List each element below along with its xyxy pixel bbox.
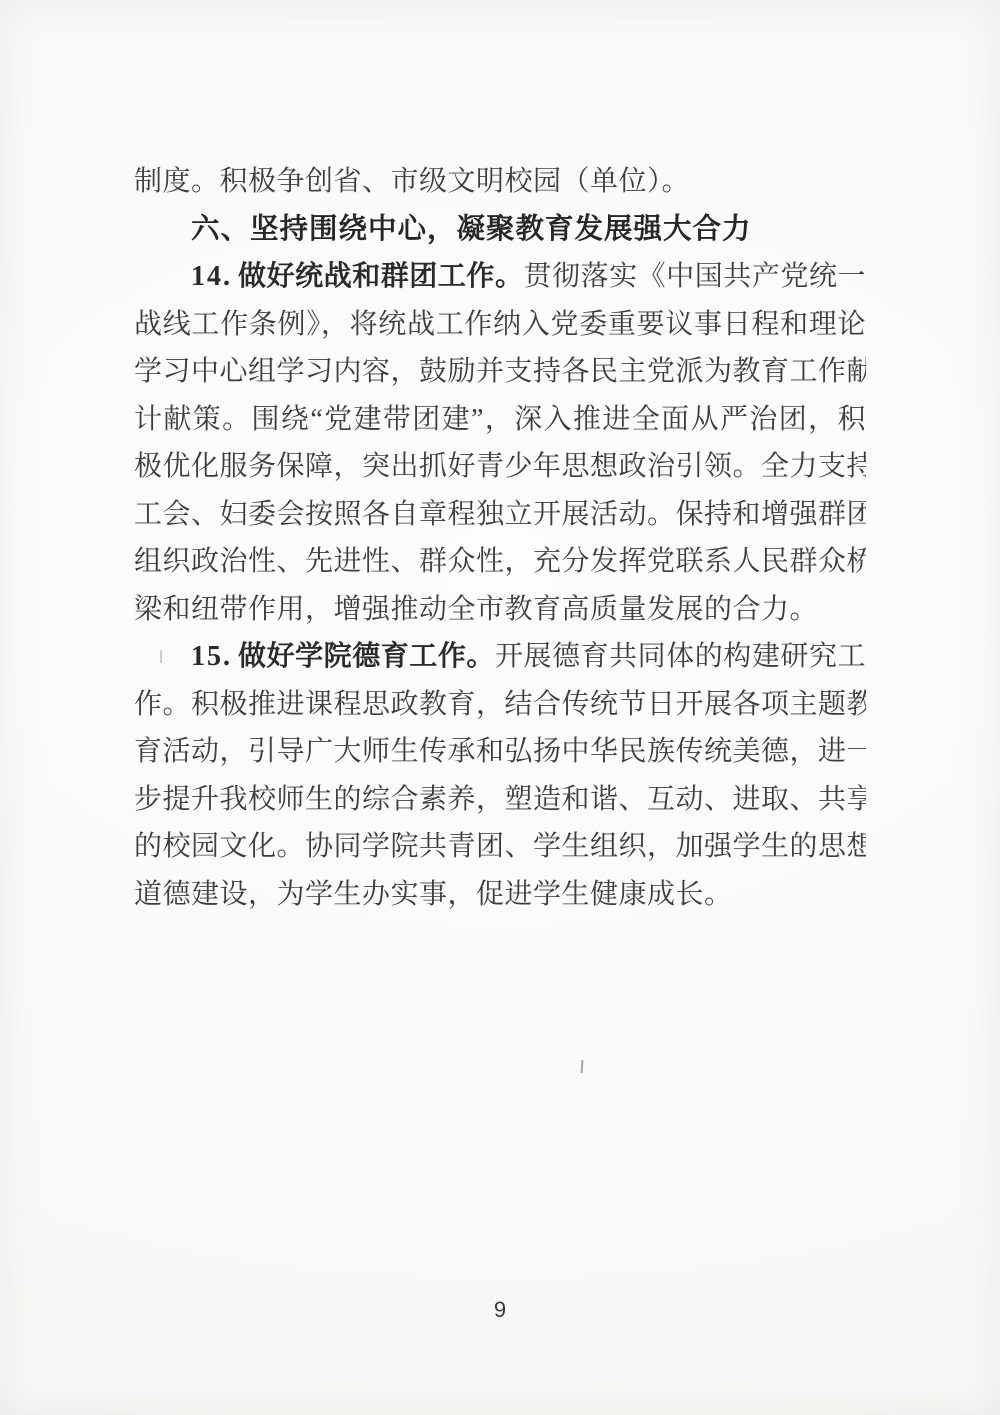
paragraph-15-lead-title: 做好学院德育工作。 [238,641,495,672]
paragraph-15-last-line: 道德建设，为学生办实事，促进学生健康成长。 [134,871,866,919]
paragraph-14-first-line-rest: 贯彻落实《中国共产党统一 [524,261,867,292]
section-heading-6: 六、坚持围绕中心，凝聚教育发展强大合力 [134,206,866,254]
paragraph-14-line: 战线工作条例》，将统战工作纳入党委重要议事日程和理论 [134,301,866,349]
paragraph-15-lead: 15.做好学院德育工作。 [191,641,495,672]
paragraph-15-first-line-rest: 开展德育共同体的构建研究工 [495,641,866,672]
paragraph-14-line: 极优化服务保障，突出抓好青少年思想政治引领。全力支持 [134,443,866,491]
paragraph-15-first-line: 15.做好学院德育工作。开展德育共同体的构建研究工 [134,633,866,681]
paragraph-15-line: 的校园文化。协同学院共青团、学生组织，加强学生的思想 [134,823,866,871]
scan-artifact-speck [160,650,162,663]
paragraph-14-lead: 14.做好统战和群团工作。 [191,261,524,292]
paragraph-14-number: 14. [191,261,238,292]
scanned-page-background: 制度。积极争创省、市级文明校园（单位）。 六、坚持围绕中心，凝聚教育发展强大合力… [0,0,1000,1415]
paragraph-15-line: 育活动，引导广大师生传承和弘扬中华民族传统美德，进一 [134,728,866,776]
paragraph-14-line: 工会、妇委会按照各自章程独立开展活动。保持和增强群团 [134,491,866,539]
paragraph-14-lead-title: 做好统战和群团工作。 [238,261,524,292]
paragraph-15-line: 步提升我校师生的综合素养，塑造和谐、互动、进取、共享 [134,776,866,824]
paragraph-14-first-line: 14.做好统战和群团工作。贯彻落实《中国共产党统一 [134,253,866,301]
paragraph-15-line: 作。积极推进课程思政教育，结合传统节日开展各项主题教 [134,681,866,729]
document-text-block: 制度。积极争创省、市级文明校园（单位）。 六、坚持围绕中心，凝聚教育发展强大合力… [134,158,866,918]
intro-paragraph-tail-line: 制度。积极争创省、市级文明校园（单位）。 [134,158,866,206]
scan-artifact-speck [581,1060,583,1073]
paragraph-14-line: 学习中心组学习内容，鼓励并支持各民主党派为教育工作献 [134,348,866,396]
paragraph-15-number: 15. [191,641,238,672]
paragraph-14-line: 计献策。围绕“党建带团建”，深入推进全面从严治团，积 [134,396,866,444]
page-number: 9 [0,1297,1000,1323]
paragraph-14-last-line: 梁和纽带作用，增强推动全市教育高质量发展的合力。 [134,586,866,634]
paragraph-14-line: 组织政治性、先进性、群众性，充分发挥党联系人民群众桥 [134,538,866,586]
